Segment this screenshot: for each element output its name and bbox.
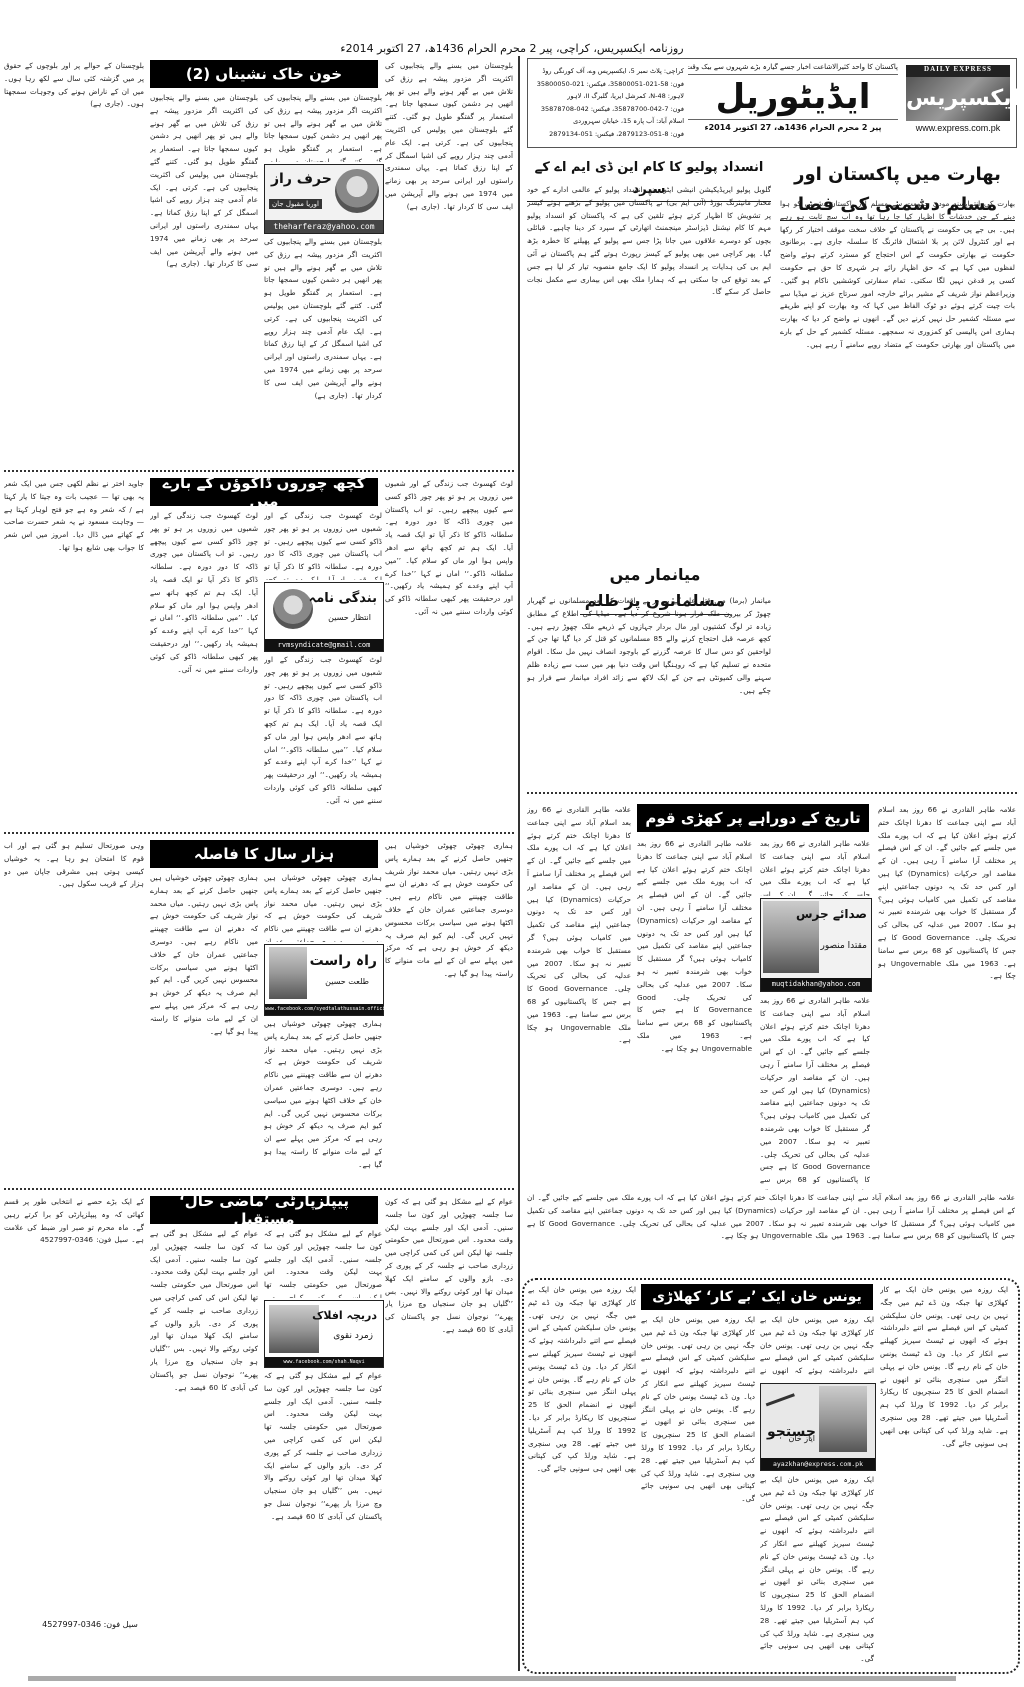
column-body: عوام کے لیے مشکل ہو گئی ہے کہ کون سا جلس… (385, 1196, 513, 1666)
columnist-byline-box: بندگی نامہ انتظار حسین rvmsyndicate@gmai… (264, 582, 384, 652)
column-body: ایک روزہ میں یونس خان ایک بے کار کھلاڑی … (760, 1314, 874, 1380)
office-line: فون: 58-021-35800051، فیکس: 021-35800050 (534, 78, 684, 91)
logo-urdu: ایکسپریس (906, 77, 1010, 121)
eagle-icon (766, 1393, 799, 1415)
column-body: ہماری چھوٹی چھوٹی خوشیاں ہیں جنھیں حاصل … (150, 872, 258, 1180)
column-series-name: بندگی نامہ (309, 591, 377, 606)
columnist-email[interactable]: www.facebook.com/syedtalathussain.offici… (265, 1004, 383, 1015)
column-body: لوٹ کھسوٹ جب زندگی کے اور شعبوں میں زورو… (150, 510, 258, 828)
columnist-email[interactable]: www.facebook.com/shah.Naqvi (265, 1357, 383, 1367)
column-body: لوٹ کھسوٹ جب زندگی کے اور شعبوں میں زورو… (264, 510, 382, 580)
website-link[interactable]: www.express.com.pk (906, 123, 1010, 133)
columnist-name: مقتدا منصور (820, 941, 867, 951)
column-body: بلوچستان میں بسنے والے پنجابیوں کی اکثری… (264, 92, 382, 162)
columnist-byline-box: جستجو ایاز خان ayazkhan@express.com.pk (760, 1383, 876, 1471)
column-body: ہماری چھوٹی چھوٹی خوشیاں ہیں جنھیں حاصل … (264, 872, 382, 942)
columnist-email[interactable]: muqtidakhan@yahoo.com (761, 978, 871, 991)
columnist-email[interactable]: rvmsyndicate@gmail.com (265, 639, 383, 651)
section-divider (4, 470, 514, 472)
column-body: علامہ طاہر القادری نے 66 روز بعد اسلام آ… (527, 804, 631, 1189)
columnist-byline-box: راہ راست طلعت حسین www.facebook.com/syed… (264, 944, 384, 1016)
office-line: اسلام آباد: آب پارہ 15، خیابان سہروردی (534, 115, 684, 128)
column-body: ایک روزہ میں یونس خان ایک بے کار کھلاڑی … (528, 1284, 636, 1664)
column-series-name: راہ راست (310, 953, 377, 969)
columnist-name: طلعت حسین (325, 977, 369, 986)
column-body: عوام کے لیے مشکل ہو گئی ہے کہ کون سا جلس… (264, 1228, 382, 1298)
contact-phone: سیل فون: 0346-4527997 (40, 1620, 140, 1629)
columnist-name: ایاز خان (788, 1434, 815, 1443)
columnist-name: اوریا مقبول جان (269, 199, 322, 209)
column-body: ایک روزہ میں یونس خان ایک بے کار کھلاڑی … (760, 1474, 874, 1664)
column-headline: تاریخ کے دوراہے پر کھڑی قوم (637, 804, 869, 832)
half-divider (518, 56, 520, 1671)
office-addresses: کراچی: پلاٹ نمبر 5، ایکسپریس وے، آف کورن… (534, 65, 684, 140)
column-body: لوٹ کھسوٹ جب زندگی کے اور شعبوں میں زورو… (385, 478, 513, 828)
column-headline: یونس خان ایک ’بے کار‘ کھلاڑی (641, 1284, 873, 1310)
column-headline: خون خاک نشیناں (2) (150, 60, 378, 88)
columnist-byline-box: حرف راز اوریا مقبول جان theharferaz@yaho… (264, 164, 384, 234)
editorial-body: میانمار (برما) میں قتل عام کے پے در پے و… (527, 595, 771, 785)
continuation-text: بلوچستان کے حوالے پر اور بلوچوں کے حقوق … (4, 60, 144, 465)
columnist-byline-box: دریچہ افلاک زمرد نقوی www.facebook.com/s… (264, 1300, 384, 1368)
continuation-text: کے ایک بڑے حصے نے انتخابی طور پر قسم کھا… (4, 1196, 144, 1626)
columnist-email[interactable]: theharferaz@yahoo.com (265, 220, 383, 233)
editorial-body: بھارت کی انتہاپسند مودی حکومت سے مسلم او… (780, 198, 1015, 788)
column-body: بلوچستان میں بسنے والے پنجابیوں کی اکثری… (150, 92, 258, 462)
column-body: علامہ طاہر القادری نے 66 روز بعد اسلام آ… (527, 1192, 1015, 1270)
edition-title: ایڈیٹوریل (688, 75, 898, 119)
editorial-body: گلوبل پولیو ایریڈیکیشن انیشی ایٹو یعنی ا… (527, 184, 771, 559)
section-divider (4, 832, 514, 834)
column-series-name: حرف راز (271, 171, 332, 187)
continuation-text: وہی صورتحال تسلیم ہو گئی ہے اور اب قوم ک… (4, 840, 144, 1180)
column-series-name: صدائے جرس (796, 907, 867, 921)
column-body: عوام کے لیے مشکل ہو گئی ہے کہ کون سا جلس… (264, 1370, 382, 1666)
columnist-email[interactable]: ayazkhan@express.com.pk (761, 1458, 875, 1470)
column-body: ہماری چھوٹی چھوٹی خوشیاں ہیں جنھیں حاصل … (385, 840, 513, 1180)
masthead: DAILY EXPRESS ایکسپریس www.express.com.p… (527, 58, 1017, 148)
columnist-photo (819, 1386, 867, 1452)
column-body: ایک روزہ میں یونس خان ایک بے کار کھلاڑی … (880, 1284, 1008, 1664)
page-bottom-bar (28, 1676, 956, 1681)
columnist-name: زمرد نقوی (333, 1331, 373, 1341)
column-body: عوام کے لیے مشکل ہو گئی ہے کہ کون سا جلس… (150, 1228, 258, 1666)
columnist-photo (269, 947, 307, 999)
column-body: علامہ طاہر القادری نے 66 روز بعد اسلام آ… (637, 838, 752, 1188)
continuation-text: جاوید اختر نے نظم لکھی جس میں ایک شعر یہ… (4, 478, 144, 828)
columnist-photo (273, 589, 313, 629)
column-body: علامہ طاہر القادری نے 66 روز بعد اسلام آ… (760, 838, 870, 896)
columnist-photo (335, 169, 379, 213)
column-body: علامہ طاہر القادری نے 66 روز بعد اسلام آ… (760, 995, 870, 1190)
column-headline: کچھ چوروں ڈاکوؤں کے بارے میں (150, 478, 378, 506)
office-line: فون: 7-042-35878700، فیکس: 042-35878708 (534, 103, 684, 116)
column-headline: ہزار سال کا فاصلہ (150, 840, 378, 868)
column-body: بلوچستان میں بسنے والے پنجابیوں کی اکثری… (264, 236, 382, 462)
column-series-name: دریچہ افلاک (312, 1309, 377, 1322)
edition-date: پیر 2 محرم الحرام 1436ھ، 27 اکتوبر 2014ء (688, 119, 898, 132)
columnist-name: انتظار حسین (328, 613, 371, 622)
columnist-byline-box: صدائے جرس مقتدا منصور muqtidakhan@yahoo.… (760, 898, 872, 992)
logo-banner: DAILY EXPRESS (906, 65, 1010, 77)
column-body: لوٹ کھسوٹ جب زندگی کے اور شعبوں میں زورو… (264, 654, 382, 828)
column-body: علامہ طاہر القادری نے 66 روز بعد اسلام آ… (878, 804, 1016, 1184)
page-dateline: روزنامہ ایکسپریس، کراچی، پیر 2 محرم الحر… (0, 42, 1024, 55)
column-body: ہماری چھوٹی چھوٹی خوشیاں ہیں جنھیں حاصل … (264, 1018, 382, 1180)
column-body: بلوچستان میں بسنے والے پنجابیوں کی اکثری… (385, 60, 513, 465)
express-logo[interactable]: DAILY EXPRESS ایکسپریس www.express.com.p… (906, 65, 1010, 137)
masthead-center: پاکستان کا واحد کثیرالاشاعت اخبار جسے گی… (688, 63, 898, 143)
tagline: پاکستان کا واحد کثیرالاشاعت اخبار جسے گی… (688, 63, 898, 75)
office-line: لاہور: 48-N، کمرشل ایریا، گلبرگ II، لاہو… (534, 90, 684, 103)
office-line: کراچی: پلاٹ نمبر 5، ایکسپریس وے، آف کورن… (534, 65, 684, 78)
section-divider (527, 792, 1017, 794)
section-divider (4, 1188, 514, 1190)
office-line: فون: 8-051-2879123، فیکس: 051-2879134 (534, 128, 684, 141)
column-body: ایک روزہ میں یونس خان ایک بے کار کھلاڑی … (641, 1314, 755, 1664)
column-headline: پیپلزپارٹی ’ماضی حال‘ مستقبل (150, 1196, 378, 1224)
